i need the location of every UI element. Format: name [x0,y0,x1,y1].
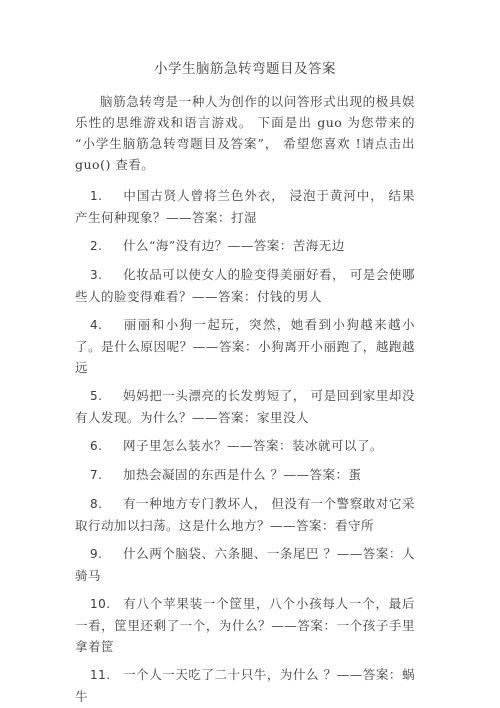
qa-item: 8.有一种地方专门教坏人， 但没有一个警察敢对它采取行动加以扫荡。这是什么地方？… [75,493,415,536]
item-text: 什么两个脑袋、六条腿、一条尾巴 ？——答案：人骑马 [75,546,415,583]
item-number: 2. [90,236,123,257]
item-number: 6. [90,436,123,457]
document-title: 小学生脑筋急转弯题目及答案 [75,58,415,80]
qa-item: 2.什么“海”没有边？——答案：苦海无边 [75,235,415,257]
item-text: 妈妈把一头漂亮的长发剪短了， 可是回到家里却没有人发现。为什么？——答案：家里没… [75,388,415,425]
item-text: 网子里怎么装水？——答案：装冰就可以了。 [123,438,383,453]
qa-item: 11.一个人一天吃了二十只牛，为什么 ？——答案：蜗牛 [75,664,415,707]
item-number: 7. [90,465,123,486]
qa-item: 7.加热会凝固的东西是什么 ？——答案：蛋 [75,464,415,486]
item-text: 中国古贤人曾将兰色外衣， 浸泡于黄河中， 结果产生何种现象？——答案：打湿 [75,188,415,225]
document-content: 小学生脑筋急转弯题目及答案 脑筋急转弯是一种人为创作的以问答形式出现的极具娱乐性… [75,0,415,707]
item-number: 8. [90,494,123,515]
item-text: 什么“海”没有边？——答案：苦海无边 [123,238,345,253]
intro-paragraph: 脑筋急转弯是一种人为创作的以问答形式出现的极具娱乐性的思维游戏和语言游戏。 下面… [75,91,415,175]
item-text: 有一种地方专门教坏人， 但没有一个警察敢对它采取行动加以扫荡。这是什么地方？——… [75,496,415,533]
qa-item: 6.网子里怎么装水？——答案：装冰就可以了。 [75,435,415,457]
item-number: 10. [90,594,123,615]
qa-item: 9.什么两个脑袋、六条腿、一条尾巴 ？——答案：人骑马 [75,543,415,586]
item-text: 化妆品可以使女人的脸变得美丽好看， 可是会使哪些人的脸变得难看？——答案：付钱的… [75,267,415,304]
document-page: 小学生脑筋急转弯题目及答案 脑筋急转弯是一种人为创作的以问答形式出现的极具娱乐性… [0,0,500,708]
item-number: 1. [90,186,123,207]
item-number: 9. [90,544,123,565]
item-number: 11. [90,665,123,686]
item-number: 5. [90,386,123,407]
item-number: 4. [90,315,123,336]
qa-item: 10.有八个苹果装一个筐里，八个小孩每人一个，最后一看，筐里还剩了一个，为什么？… [75,593,415,657]
qa-item: 3.化妆品可以使女人的脸变得美丽好看， 可是会使哪些人的脸变得难看？——答案：付… [75,264,415,307]
item-text: 丽丽和小狗一起玩，突然，她看到小狗越来越小了。是什么原因呢？——答案：小狗离开小… [75,317,415,375]
qa-item: 5.妈妈把一头漂亮的长发剪短了， 可是回到家里却没有人发现。为什么？——答案：家… [75,385,415,428]
item-text: 一个人一天吃了二十只牛，为什么 ？——答案：蜗牛 [75,667,415,704]
item-text: 有八个苹果装一个筐里，八个小孩每人一个，最后一看，筐里还剩了一个，为什么？——答… [75,596,415,654]
item-text: 加热会凝固的东西是什么 ？——答案：蛋 [123,467,361,482]
qa-item: 4.丽丽和小狗一起玩，突然，她看到小狗越来越小了。是什么原因呢？——答案：小狗离… [75,314,415,378]
qa-item: 1.中国古贤人曾将兰色外衣， 浸泡于黄河中， 结果产生何种现象？——答案：打湿 [75,185,415,228]
item-number: 3. [90,265,123,286]
